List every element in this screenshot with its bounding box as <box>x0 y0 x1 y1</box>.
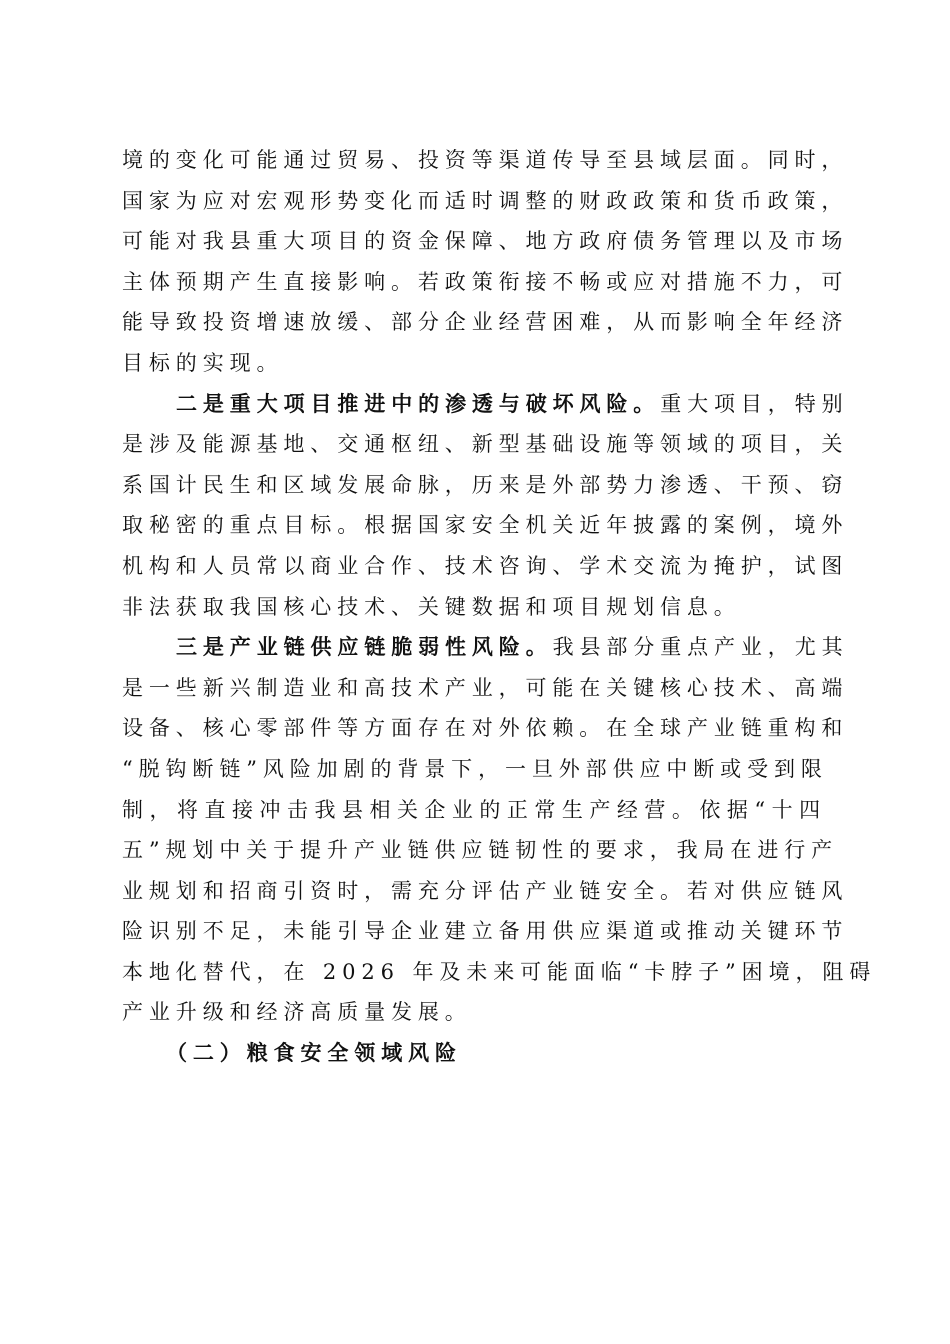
text-line: 可能对我县重大项目的资金保障、地方政府债务管理以及市场 <box>122 221 826 262</box>
paragraph-lead-sentence: 三是产业链供应链脆弱性风险。 <box>176 634 553 659</box>
text-line: 能导致投资增速放缓、部分企业经营困难，从而影响全年经济 <box>122 302 826 343</box>
text-line: 国家为应对宏观形势变化而适时调整的财政政策和货币政策， <box>122 181 826 222</box>
text-line-rest: 我县部分重点产业，尤其 <box>553 635 849 659</box>
document-page: 境的变化可能通过贸易、投资等渠道传导至县域层面。同时， 国家为应对宏观形势变化而… <box>122 140 826 1074</box>
text-line: 产业升级和经济高质量发展。 <box>122 992 826 1033</box>
text-line: 是涉及能源基地、交通枢纽、新型基础设施等领域的项目，关 <box>122 424 826 465</box>
text-line: 境的变化可能通过贸易、投资等渠道传导至县域层面。同时， <box>122 140 826 181</box>
paragraph-lead-sentence: 二是重大项目推进中的渗透与破坏风险。 <box>176 391 660 416</box>
text-line: 目标的实现。 <box>122 343 826 384</box>
text-line: 取秘密的重点目标。根据国家安全机关近年披露的案例，境外 <box>122 505 826 546</box>
section-heading-food-security: （二）粮食安全领域风险 <box>122 1033 826 1074</box>
text-line: 主体预期产生直接影响。若政策衔接不畅或应对措施不力，可 <box>122 262 826 303</box>
text-line: 系国计民生和区域发展命脉，历来是外部势力渗透、干预、窃 <box>122 465 826 506</box>
paragraph-supply-chain-risk: 三是产业链供应链脆弱性风险。我县部分重点产业，尤其 是一些新兴制造业和高技术产业… <box>122 627 826 1033</box>
paragraph-major-project-risk: 二是重大项目推进中的渗透与破坏风险。重大项目，特别 是涉及能源基地、交通枢纽、新… <box>122 384 826 628</box>
text-line: 业规划和招商引资时，需充分评估产业链安全。若对供应链风 <box>122 871 826 912</box>
text-line-rest: 重大项目，特别 <box>660 392 848 416</box>
text-line-first: 三是产业链供应链脆弱性风险。我县部分重点产业，尤其 <box>122 627 826 668</box>
text-line: 本地化替代，在 2026 年及未来可能面临“卡脖子”困境，阻碍 <box>122 952 826 993</box>
text-line: “脱钩断链”风险加剧的背景下，一旦外部供应中断或受到限 <box>122 749 826 790</box>
text-line: 非法获取我国核心技术、关键数据和项目规划信息。 <box>122 587 826 628</box>
paragraph-policy-risk-continuation: 境的变化可能通过贸易、投资等渠道传导至县域层面。同时， 国家为应对宏观形势变化而… <box>122 140 826 384</box>
text-line: 五”规划中关于提升产业链供应链韧性的要求，我局在进行产 <box>122 830 826 871</box>
text-line: 设备、核心零部件等方面存在对外依赖。在全球产业链重构和 <box>122 708 826 749</box>
text-line-first: 二是重大项目推进中的渗透与破坏风险。重大项目，特别 <box>122 384 826 425</box>
text-line: 制，将直接冲击我县相关企业的正常生产经营。依据“十四 <box>122 790 826 831</box>
text-line: 机构和人员常以商业合作、技术咨询、学术交流为掩护，试图 <box>122 546 826 587</box>
text-line: 险识别不足，未能引导企业建立备用供应渠道或推动关键环节 <box>122 911 826 952</box>
text-line: 是一些新兴制造业和高技术产业，可能在关键核心技术、高端 <box>122 668 826 709</box>
